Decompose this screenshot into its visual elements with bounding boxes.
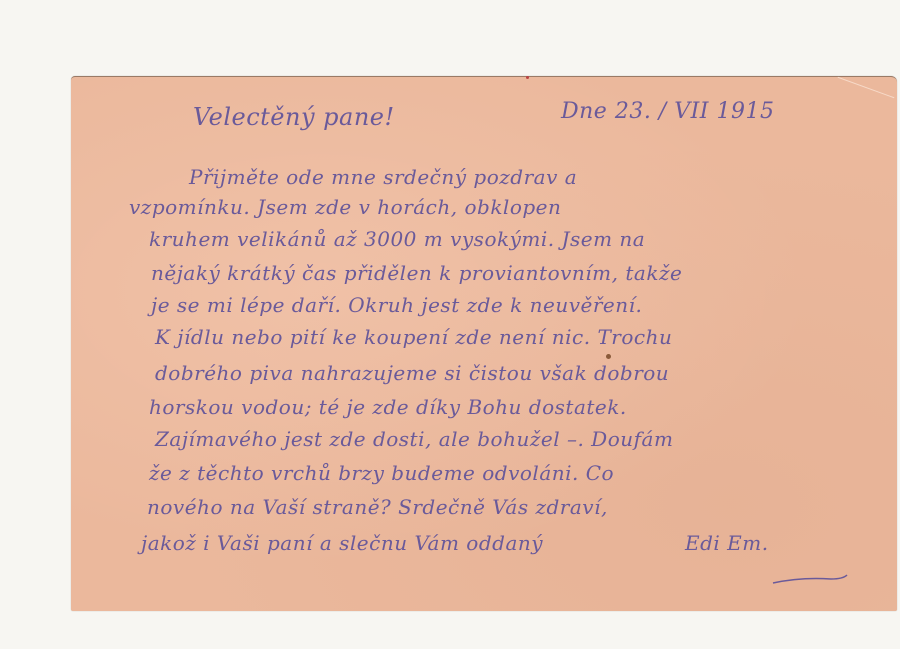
letter-line: horskou vodou; té je zde díky Bohu dosta… xyxy=(149,395,627,419)
postcard: Velectěný pane! Dne 23. / VII 1915 Přijm… xyxy=(71,76,897,611)
letter-date: Dne 23. / VII 1915 xyxy=(561,99,774,124)
paper-crease xyxy=(838,77,895,98)
letter-line: vzpomínku. Jsem zde v horách, obklopen xyxy=(129,195,561,219)
letter-line: nového na Vaší straně? Srdečně Vás zdrav… xyxy=(147,495,608,519)
signature: Edi Em. xyxy=(685,531,769,555)
letter-line: že z těchto vrchů brzy budeme odvoláni. … xyxy=(149,461,614,485)
letter-line: K jídlu nebo pití ke koupení zde není ni… xyxy=(155,325,672,349)
letter-line: dobrého piva nahrazujeme si čistou však … xyxy=(155,361,669,385)
ink-spot xyxy=(526,76,529,79)
letter-line: Přijměte ode mne srdečný pozdrav a xyxy=(189,165,577,189)
salutation: Velectěný pane! xyxy=(193,103,395,131)
letter-line: kruhem velikánů až 3000 m vysokými. Jsem… xyxy=(149,227,645,251)
letter-line: Zajímavého jest zde dosti, ale bohužel –… xyxy=(155,427,673,451)
signature-flourish-icon xyxy=(771,573,851,587)
ink-spot xyxy=(606,354,611,359)
letter-line: jakož i Vaši paní a slečnu Vám oddaný xyxy=(141,531,543,555)
letter-line: nějaký krátký čas přidělen k proviantovn… xyxy=(151,261,682,285)
letter-line: je se mi lépe daří. Okruh jest zde k neu… xyxy=(151,293,642,317)
